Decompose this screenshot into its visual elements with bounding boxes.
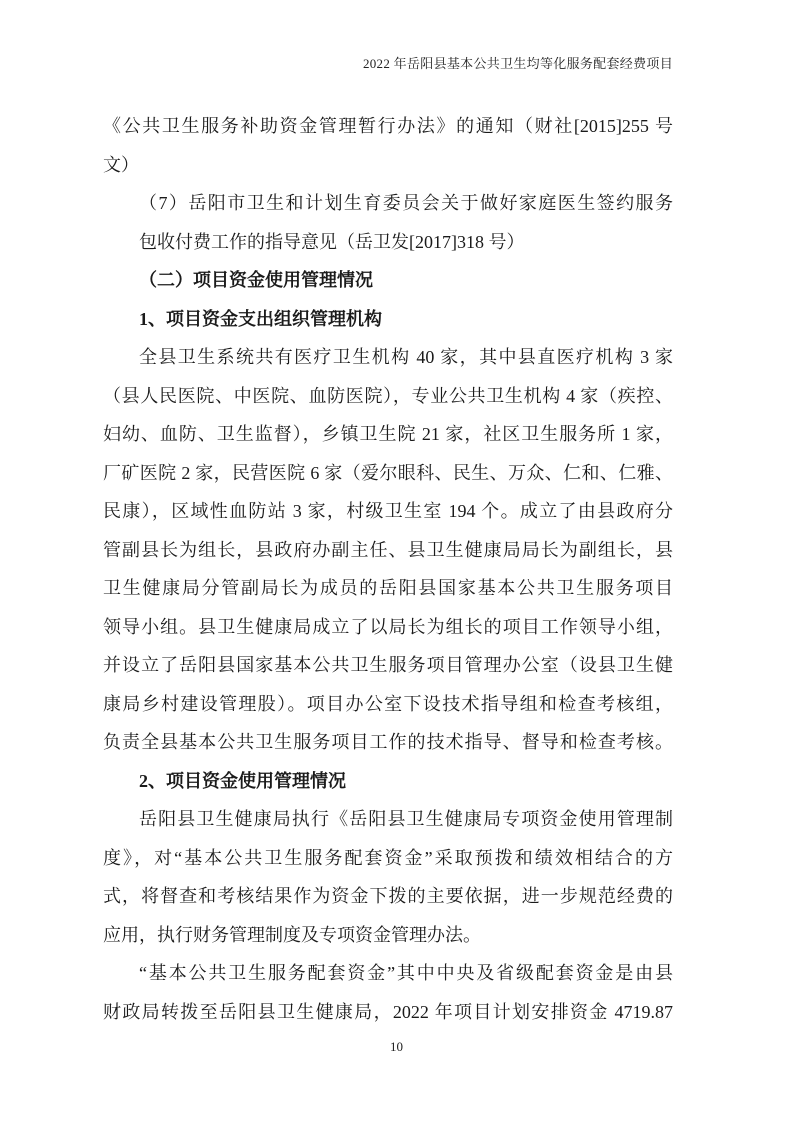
body-line: 财政局转拨至岳阳县卫生健康局，2022 年项目计划安排资金 4719.87 xyxy=(103,993,673,1032)
body-line: （县人民医院、中医院、血防医院），专业公共卫生机构 4 家（疾控、 xyxy=(103,377,673,416)
body-line: 文） xyxy=(103,146,673,185)
body-line: 应用，执行财务管理制度及专项资金管理办法。 xyxy=(103,916,673,955)
sub-heading: 2、项目资金使用管理情况 xyxy=(103,762,673,801)
page-header-title: 2022 年岳阳县基本公共卫生均等化服务配套经费项目 xyxy=(103,55,673,72)
body-line: 卫生健康局分管副局长为成员的岳阳县国家基本公共卫生服务项目 xyxy=(103,569,673,608)
page-number: 10 xyxy=(0,1038,793,1056)
document-body: 《公共卫生服务补助资金管理暂行办法》的通知（财社[2015]255 号 文） （… xyxy=(103,107,673,1031)
body-line: 康局乡村建设管理股）。项目办公室下设技术指导组和检查考核组， xyxy=(103,685,673,724)
body-line: 并设立了岳阳县国家基本公共卫生服务项目管理办公室（设县卫生健 xyxy=(103,646,673,685)
body-line: 民康），区域性血防站 3 家，村级卫生室 194 个。成立了由县政府分 xyxy=(103,492,673,531)
body-line: （7）岳阳市卫生和计划生育委员会关于做好家庭医生签约服务 xyxy=(103,184,673,223)
body-line: 式，将督查和考核结果作为资金下拨的主要依据，进一步规范经费的 xyxy=(103,877,673,916)
body-line: 管副县长为组长，县政府办副主任、县卫生健康局局长为副组长，县 xyxy=(103,531,673,570)
sub-heading: 1、项目资金支出组织管理机构 xyxy=(103,300,673,339)
body-line: 全县卫生系统共有医疗卫生机构 40 家，其中县直医疗机构 3 家 xyxy=(103,338,673,377)
body-line: 负责全县基本公共卫生服务项目工作的技术指导、督导和检查考核。 xyxy=(103,723,673,762)
body-line: 度》，对“基本公共卫生服务配套资金”采取预拨和绩效相结合的方 xyxy=(103,839,673,878)
body-line: 岳阳县卫生健康局执行《岳阳县卫生健康局专项资金使用管理制 xyxy=(103,800,673,839)
section-heading: （二）项目资金使用管理情况 xyxy=(103,261,673,300)
body-line: 厂矿医院 2 家，民营医院 6 家（爱尔眼科、民生、万众、仁和、仁雅、 xyxy=(103,454,673,493)
body-line: 包收付费工作的指导意见（岳卫发[2017]318 号） xyxy=(103,223,673,262)
body-line: 《公共卫生服务补助资金管理暂行办法》的通知（财社[2015]255 号 xyxy=(103,107,673,146)
body-line: 领导小组。县卫生健康局成立了以局长为组长的项目工作领导小组， xyxy=(103,608,673,647)
document-page: 2022 年岳阳县基本公共卫生均等化服务配套经费项目 《公共卫生服务补助资金管理… xyxy=(0,0,793,1122)
body-line: 妇幼、血防、卫生监督），乡镇卫生院 21 家，社区卫生服务所 1 家， xyxy=(103,415,673,454)
body-line: “基本公共卫生服务配套资金”其中中央及省级配套资金是由县 xyxy=(103,954,673,993)
